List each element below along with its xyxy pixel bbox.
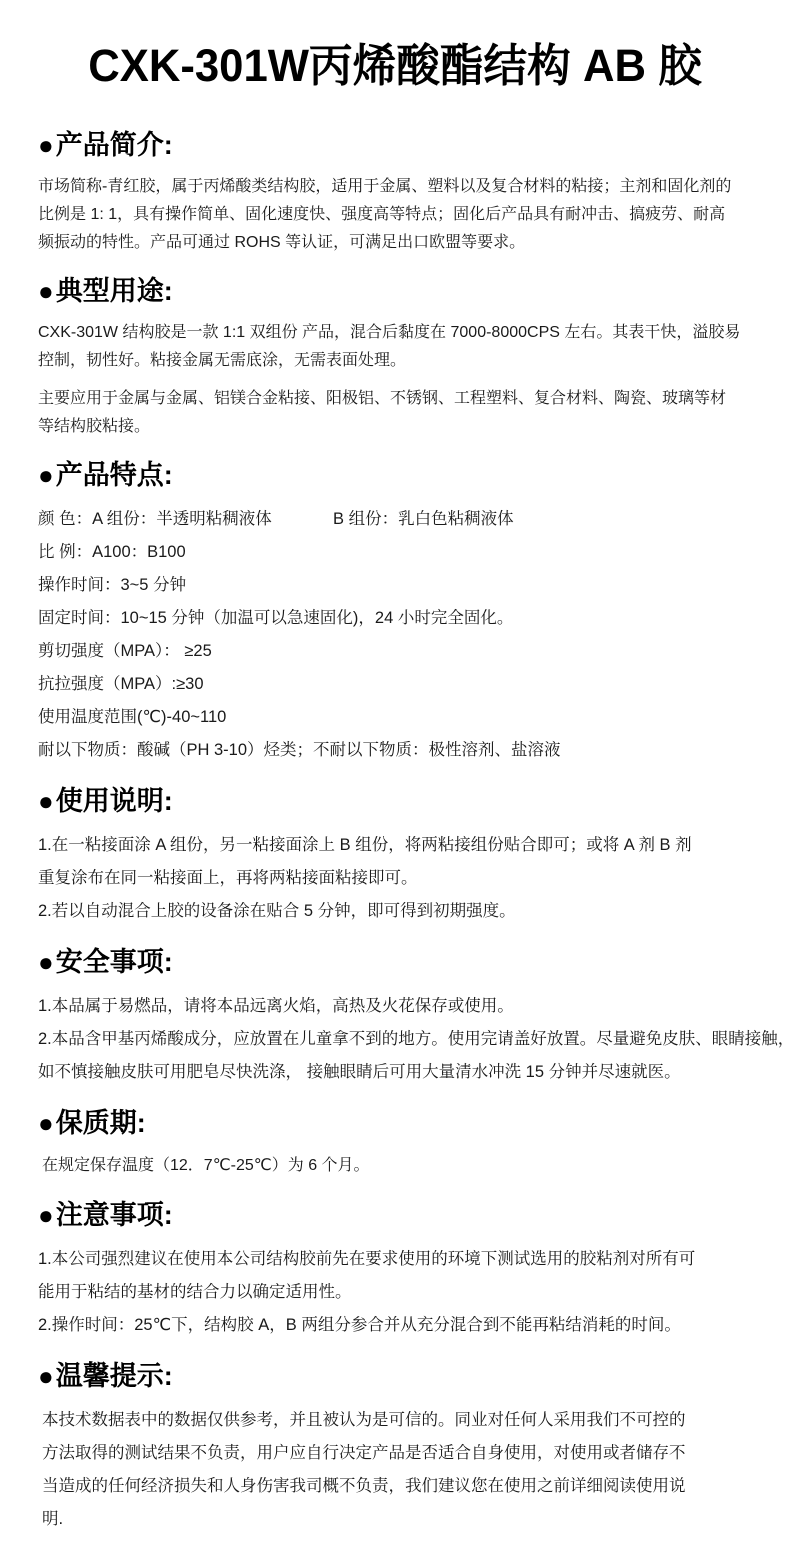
notes-item: 2.操作时间：25℃下，结构胶 A，B 两组分参合并从充分混合到不能再粘结消耗的… bbox=[38, 1309, 752, 1342]
spec-work-time: 操作时间：3~5 分钟 bbox=[38, 569, 752, 602]
safety-item: 2.本品含甲基丙烯酸成分，应放置在儿童拿不到的地方。使用完请盖好放置。尽量避免皮… bbox=[38, 1023, 752, 1056]
bullet-icon: ● bbox=[38, 126, 54, 164]
bullet-icon: ● bbox=[38, 456, 54, 494]
notes-item-continuation: 能用于粘结的基材的结合力以确定适用性。 bbox=[38, 1276, 752, 1309]
uses-text-line: 等结构胶粘接。 bbox=[38, 413, 752, 441]
tips-text-line: 方法取得的测试结果不负责，用户应自行决定产品是否适合自身使用，对使用或者储存不 bbox=[38, 1437, 752, 1470]
shelf-life-text: 在规定保存温度（12．7℃-25℃）为 6 个月。 bbox=[38, 1151, 752, 1181]
section-heading-features-label: 产品特点: bbox=[56, 456, 173, 494]
section-notes: ● 注意事项: 1.本公司强烈建议在使用本公司结构胶前先在要求使用的环境下测试选… bbox=[38, 1196, 752, 1342]
usage-step: 1.在一粘接面涂 A 组份，另一粘接面涂上 B 组份，将两粘接组份贴合即可；或将… bbox=[38, 829, 752, 862]
bullet-icon: ● bbox=[38, 1104, 54, 1142]
section-heading-uses: ● 典型用途: bbox=[38, 272, 752, 310]
spec-shear-strength: 剪切强度（MPA）： ≥25 bbox=[38, 635, 752, 668]
section-usage: ● 使用说明: 1.在一粘接面涂 A 组份，另一粘接面涂上 B 组份，将两粘接组… bbox=[38, 782, 752, 928]
spec-resistance: 耐以下物质：酸碱（PH 3-10）烃类；不耐以下物质：极性溶剂、盐溶液 bbox=[38, 734, 752, 767]
section-heading-features: ● 产品特点: bbox=[38, 456, 752, 494]
section-heading-intro-label: 产品简介: bbox=[56, 126, 173, 164]
spec-temp-range: 使用温度范围(℃)-40~110 bbox=[38, 701, 752, 734]
uses-text-line: CXK-301W 结构胶是一款 1:1 双组份 产品，混合后黏度在 7000-8… bbox=[38, 319, 752, 347]
section-heading-tips-label: 温馨提示: bbox=[56, 1357, 173, 1395]
section-heading-shelf-life-label: 保质期: bbox=[56, 1104, 146, 1142]
bullet-icon: ● bbox=[38, 782, 54, 820]
intro-text-line: 比例是 1: 1，具有操作简单、固化速度快、强度高等特点；固化后产品具有耐冲击、… bbox=[38, 201, 752, 229]
intro-text-line: 市场简称-青红胶，属于丙烯酸类结构胶，适用于金属、塑料以及复合材料的粘接；主剂和… bbox=[38, 173, 752, 201]
bullet-icon: ● bbox=[38, 1357, 54, 1395]
spec-ratio: 比 例：A100：B100 bbox=[38, 536, 752, 569]
section-heading-shelf-life: ● 保质期: bbox=[38, 1104, 752, 1142]
uses-text-line: 主要应用于金属与金属、铝镁合金粘接、阳极铝、不锈钢、工程塑料、复合材料、陶瓷、玻… bbox=[38, 385, 752, 413]
spec-fix-time: 固定时间：10~15 分钟（加温可以急速固化)，24 小时完全固化。 bbox=[38, 602, 752, 635]
spec-tensile-strength: 抗拉强度（MPA）:≥30 bbox=[38, 668, 752, 701]
page-title: CXK-301W丙烯酸酯结构 AB 胶 bbox=[49, 36, 742, 96]
bullet-icon: ● bbox=[38, 1196, 54, 1234]
datasheet-page: CXK-301W丙烯酸酯结构 AB 胶 ● 产品简介: 市场简称-青红胶，属于丙… bbox=[0, 0, 790, 1552]
spec-color-a: 颜 色：A 组份：半透明粘稠液体 bbox=[38, 503, 333, 536]
notes-item: 1.本公司强烈建议在使用本公司结构胶前先在要求使用的环境下测试选用的胶粘剂对所有… bbox=[38, 1243, 752, 1276]
section-shelf-life: ● 保质期: 在规定保存温度（12．7℃-25℃）为 6 个月。 bbox=[38, 1104, 752, 1181]
usage-step: 2.若以自动混合上胶的设备涂在贴合 5 分钟，即可得到初期强度。 bbox=[38, 895, 752, 928]
uses-text-line: 控制，韧性好。粘接金属无需底涂，无需表面处理。 bbox=[38, 347, 752, 375]
safety-item-continuation: 如不慎接触皮肤可用肥皂尽快洗涤， 接触眼睛后可用大量清水冲洗 15 分钟并尽速就… bbox=[38, 1056, 752, 1089]
section-heading-notes: ● 注意事项: bbox=[38, 1196, 752, 1234]
intro-text-line: 频振动的特性。产品可通过 ROHS 等认证，可满足出口欧盟等要求。 bbox=[38, 229, 752, 257]
section-heading-intro: ● 产品简介: bbox=[38, 126, 752, 164]
section-tips: ● 温馨提示: 本技术数据表中的数据仅供参考，并且被认为是可信的。同业对任何人采… bbox=[38, 1357, 752, 1536]
bullet-icon: ● bbox=[38, 272, 54, 310]
section-heading-notes-label: 注意事项: bbox=[56, 1196, 173, 1234]
section-heading-safety-label: 安全事项: bbox=[56, 943, 173, 981]
tips-text-line: 当造成的任何经济损失和人身伤害我司概不负责，我们建议您在使用之前详细阅读使用说 bbox=[38, 1470, 752, 1503]
section-heading-uses-label: 典型用途: bbox=[56, 272, 173, 310]
tips-text-line: 明. bbox=[38, 1503, 752, 1536]
usage-step-continuation: 重复涂布在同一粘接面上，再将两粘接面粘接即可。 bbox=[38, 862, 752, 895]
paragraph-gap bbox=[38, 375, 752, 385]
section-heading-tips: ● 温馨提示: bbox=[38, 1357, 752, 1395]
section-heading-safety: ● 安全事项: bbox=[38, 943, 752, 981]
spec-color-b: B 组份：乳白色粘稠液体 bbox=[333, 503, 514, 536]
section-features: ● 产品特点: 颜 色：A 组份：半透明粘稠液体 B 组份：乳白色粘稠液体 比 … bbox=[38, 456, 752, 767]
section-heading-usage: ● 使用说明: bbox=[38, 782, 752, 820]
safety-item: 1.本品属于易燃品，请将本品远离火焰，高热及火花保存或使用。 bbox=[38, 990, 752, 1023]
section-safety: ● 安全事项: 1.本品属于易燃品，请将本品远离火焰，高热及火花保存或使用。 2… bbox=[38, 943, 752, 1089]
spec-color-row: 颜 色：A 组份：半透明粘稠液体 B 组份：乳白色粘稠液体 bbox=[38, 503, 752, 536]
section-heading-usage-label: 使用说明: bbox=[56, 782, 173, 820]
section-intro: ● 产品简介: 市场简称-青红胶，属于丙烯酸类结构胶，适用于金属、塑料以及复合材… bbox=[38, 126, 752, 257]
tips-text-line: 本技术数据表中的数据仅供参考，并且被认为是可信的。同业对任何人采用我们不可控的 bbox=[38, 1404, 752, 1437]
section-uses: ● 典型用途: CXK-301W 结构胶是一款 1:1 双组份 产品，混合后黏度… bbox=[38, 272, 752, 441]
bullet-icon: ● bbox=[38, 943, 54, 981]
